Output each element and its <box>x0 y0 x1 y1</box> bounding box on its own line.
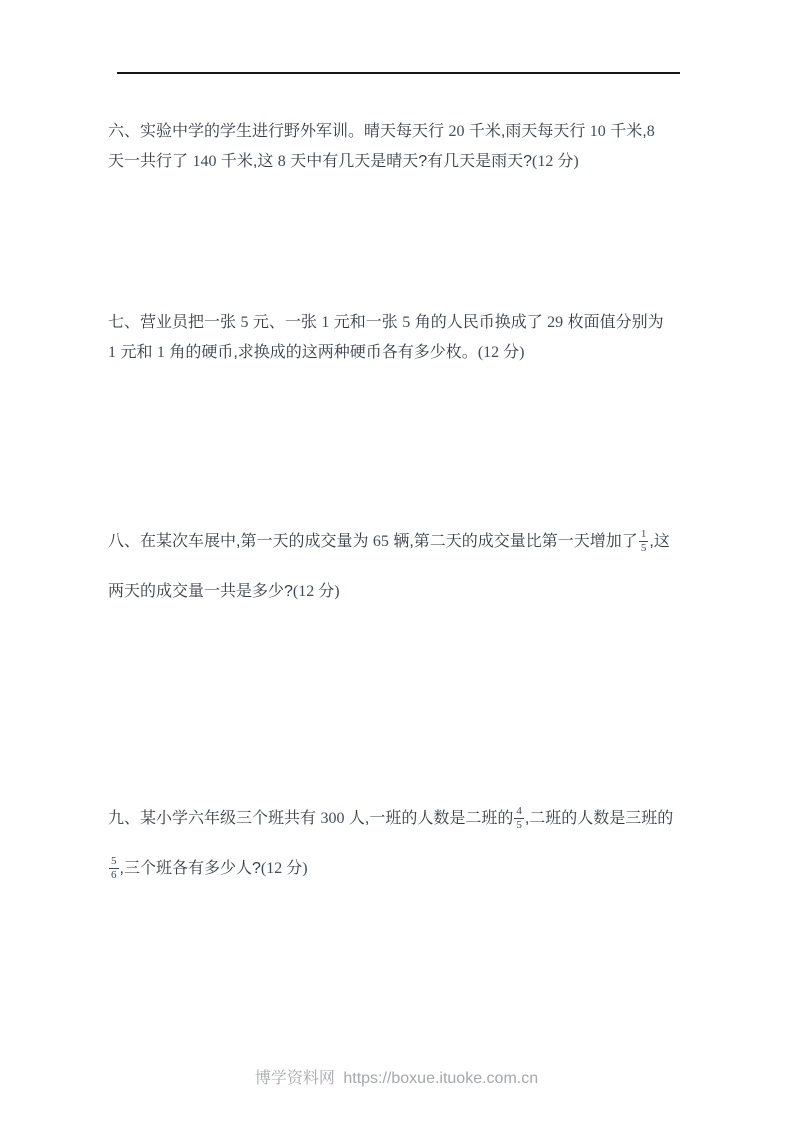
question-text: 两天的成交量一共是多少? <box>108 583 293 600</box>
question-text: 六、实验中学的学生进行野外军训。晴天每天行 <box>108 123 448 140</box>
question-line: 1 元和 1 角的硬币,求换成的这两种硬币各有多少枚。(12 分) <box>108 338 708 368</box>
question-text: ,这 <box>649 533 669 550</box>
question-line: 八、在某次车展中,第一天的成交量为 65 辆,第二天的成交量比第一天增加了15,… <box>108 527 708 557</box>
fraction: 56 <box>109 856 119 881</box>
question-text: ,二班的人数是三班的 <box>525 810 673 827</box>
number-text: (12 <box>532 153 557 170</box>
question-9: 九、某小学六年级三个班共有 300 人,一班的人数是二班的45,二班的人数是三班… <box>108 804 708 884</box>
question-text: 八、在某次车展中,第一天的成交量为 <box>108 533 373 550</box>
question-text: 角的硬币,求换成的这两种硬币各有多少枚。 <box>165 344 478 361</box>
number-text: ) <box>573 153 578 170</box>
question-6: 六、实验中学的学生进行野外军训。晴天每天行 20 千米,雨天每天行 10 千米,… <box>108 117 708 177</box>
question-text: 千米,雨天每天行 <box>464 123 589 140</box>
question-text: 角的人民币换成了 <box>410 314 547 331</box>
question-text: 元、一张 <box>248 314 321 331</box>
number-text: 29 <box>547 314 563 331</box>
question-text: 千米,这 <box>216 153 277 170</box>
question-line: 九、某小学六年级三个班共有 300 人,一班的人数是二班的45,二班的人数是三班… <box>108 804 708 834</box>
top-divider-rule <box>117 72 680 74</box>
question-text: 分 <box>286 860 302 877</box>
number-text: (12 <box>261 860 286 877</box>
number-text: 1 <box>108 344 116 361</box>
number-text: 140 <box>192 153 216 170</box>
question-text: 分 <box>503 344 519 361</box>
footer-site-name: 博学资料网 <box>255 1070 335 1087</box>
question-line: 天一共行了 140 千米,这 8 天中有几天是晴天?有几天是雨天?(12 分) <box>108 147 708 177</box>
number-text: (12 <box>478 344 503 361</box>
question-text: 千米, <box>606 123 647 140</box>
number-text: 8 <box>278 153 286 170</box>
question-text: 分 <box>318 583 334 600</box>
number-text: ) <box>334 583 339 600</box>
page-footer: 博学资料网 https://boxue.ituoke.com.cn <box>0 1068 793 1090</box>
number-text: 20 <box>448 123 464 140</box>
question-line: 六、实验中学的学生进行野外军训。晴天每天行 20 千米,雨天每天行 10 千米,… <box>108 117 708 147</box>
question-text: 七、营业员把一张 <box>108 314 240 331</box>
question-text: 九、某小学六年级三个班共有 <box>108 810 320 827</box>
question-text: 枚面值分别为 <box>563 314 663 331</box>
question-text: 分 <box>557 153 573 170</box>
question-text: 天一共行了 <box>108 153 192 170</box>
number-text: (12 <box>293 583 318 600</box>
question-text: 人,一班的人数是二班的 <box>344 810 513 827</box>
number-text: 8 <box>647 123 655 140</box>
question-7: 七、营业员把一张 5 元、一张 1 元和一张 5 角的人民币换成了 29 枚面值… <box>108 308 708 368</box>
footer-url: https://boxue.ituoke.com.cn <box>343 1070 538 1087</box>
document-page: 六、实验中学的学生进行野外军训。晴天每天行 20 千米,雨天每天行 10 千米,… <box>0 0 793 1122</box>
question-text: 辆,第二天的成交量比第一天增加了 <box>389 533 638 550</box>
question-line: 七、营业员把一张 5 元、一张 1 元和一张 5 角的人民币换成了 29 枚面值… <box>108 308 708 338</box>
question-text: 天中有几天是晴天?有几天是雨天? <box>286 153 532 170</box>
number-text: 300 <box>320 810 344 827</box>
question-text: ,三个班各有多少人? <box>120 860 261 877</box>
number-text: 10 <box>590 123 606 140</box>
question-8: 八、在某次车展中,第一天的成交量为 65 辆,第二天的成交量比第一天增加了15,… <box>108 527 708 607</box>
question-line: 两天的成交量一共是多少?(12 分) <box>108 577 708 607</box>
number-text: 1 <box>157 344 165 361</box>
fraction: 45 <box>514 806 524 831</box>
number-text: 65 <box>373 533 389 550</box>
question-line: 56,三个班各有多少人?(12 分) <box>108 854 708 884</box>
question-text: 元和一张 <box>329 314 402 331</box>
question-text: 元和 <box>116 344 157 361</box>
fraction: 15 <box>639 529 649 554</box>
number-text: ) <box>302 860 307 877</box>
number-text: ) <box>519 344 524 361</box>
